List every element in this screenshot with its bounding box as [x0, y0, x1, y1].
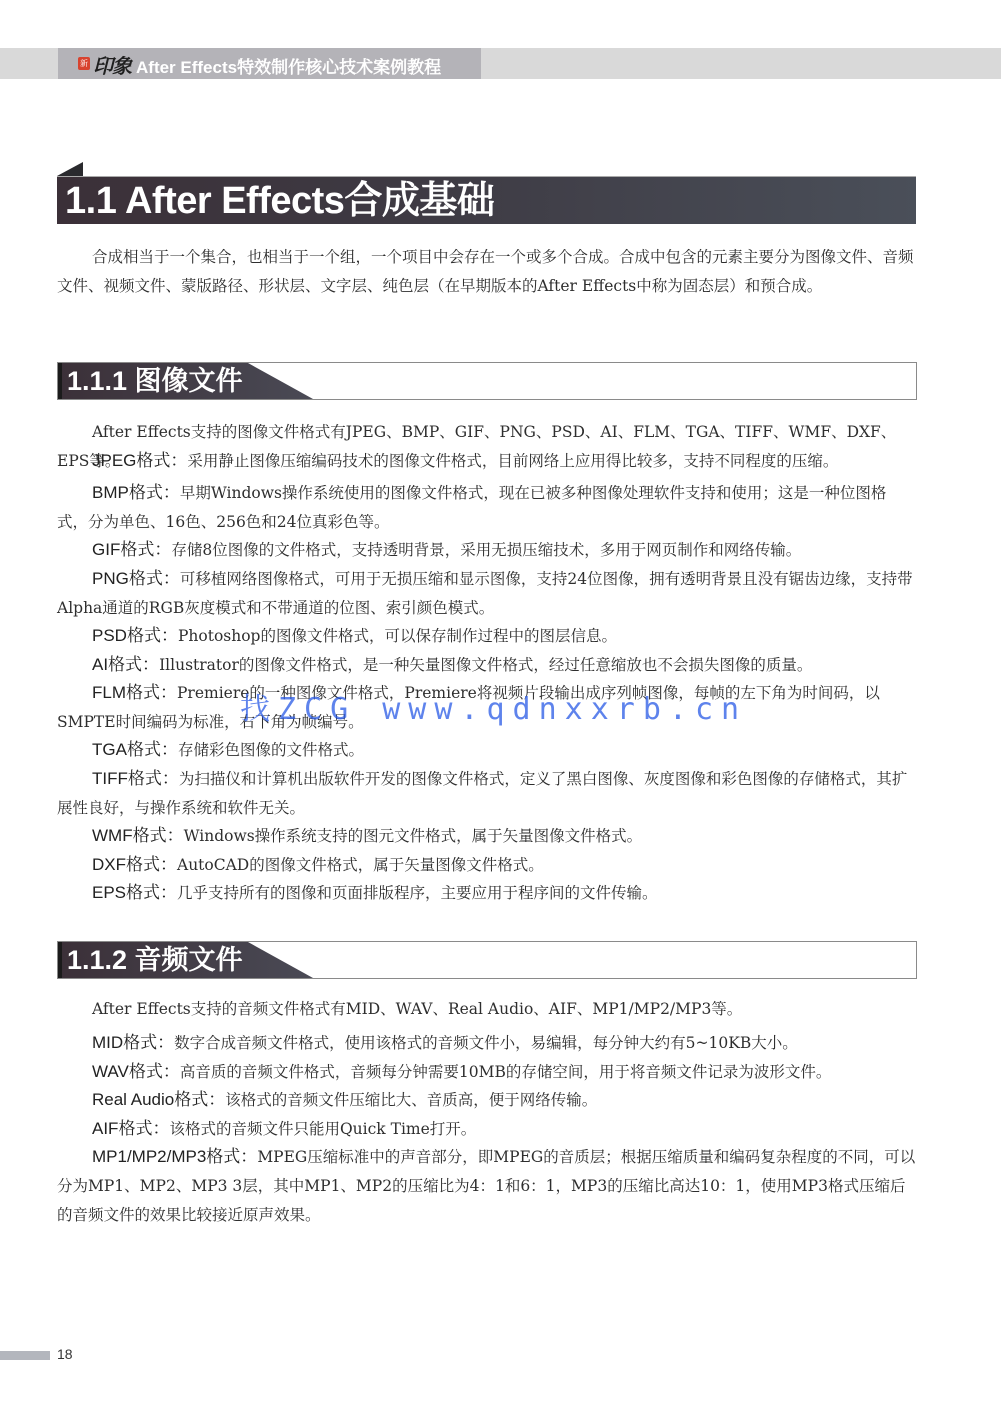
format-description: 高音质的音频文件格式，音频每分钟需要10MB的存储空间，用于将音频文件记录为波形…	[180, 1063, 832, 1081]
format-description: Illustrator的图像文件格式，是一种矢量图像文件格式，经过任意缩放也不会…	[159, 656, 812, 674]
section-heading-tab-decoration	[57, 162, 83, 176]
publisher-logo-badge: 新	[78, 57, 90, 70]
format-item-tiff: TIFF格式：为扫描仪和计算机出版软件开发的图像文件格式，定义了黑白图像、灰度图…	[57, 764, 917, 823]
audio-formats-intro-text: After Effects支持的音频文件格式有MID、WAV、Real Audi…	[92, 1000, 742, 1018]
publisher-logo-script: 印象	[93, 50, 131, 79]
format-term: PNG格式：	[92, 569, 180, 588]
running-header: 新 印象 After Effects特效制作核心技术案例教程	[0, 48, 1001, 79]
format-item-png: PNG格式：可移植网络图像格式，可用于无损压缩和显示图像，支持24位图像，拥有透…	[57, 564, 917, 623]
subsection-heading-accent-bar	[58, 942, 62, 978]
format-term: GIF格式：	[92, 540, 171, 559]
subsection-heading-banner-audio-files: 1.1.2 音频文件	[57, 941, 917, 979]
format-item-gif: GIF格式：存储8位图像的文件格式，支持透明背景，采用无损压缩技术，多用于网页制…	[57, 535, 917, 565]
format-item-flm: FLM格式：Premiere的一种图像文件格式，Premiere将视频片段输出成…	[57, 678, 917, 737]
format-description: 存储8位图像的文件格式，支持透明背景，采用无损压缩技术，多用于网页制作和网络传输…	[171, 541, 801, 559]
format-term: BMP格式：	[92, 483, 180, 502]
format-item-dxf: DXF格式：AutoCAD的图像文件格式，属于矢量图像文件格式。	[57, 850, 917, 880]
format-term: Real Audio格式：	[92, 1090, 225, 1109]
subsection-heading-banner-image-files: 1.1.1 图像文件	[57, 362, 917, 400]
format-item-bmp: BMP格式：早期Windows操作系统使用的图像文件格式，现在已被多种图像处理软…	[57, 478, 917, 537]
format-term: PSD格式：	[92, 626, 178, 645]
format-description: 该格式的音频文件压缩比大、音质高，便于网络传输。	[225, 1091, 597, 1109]
format-description: 早期Windows操作系统使用的图像文件格式，现在已被多种图像处理软件支持和使用…	[57, 484, 886, 531]
subsection-heading-accent-bar	[58, 363, 62, 399]
format-description: 为扫描仪和计算机出版软件开发的图像文件格式，定义了黑白图像、灰度图像和彩色图像的…	[57, 770, 907, 817]
section-heading: 1.1 After Effects合成基础	[65, 178, 494, 224]
format-term: JPEG格式：	[92, 451, 187, 470]
format-description: 该格式的音频文件只能用Quick Time打开。	[169, 1120, 476, 1138]
section-intro-paragraph: 合成相当于一个集合，也相当于一个组，一个项目中会存在一个或多个合成。合成中包含的…	[57, 243, 917, 301]
format-term: AIF格式：	[92, 1119, 169, 1138]
format-term: MP1/MP2/MP3格式：	[92, 1147, 257, 1166]
section-heading-banner: 1.1 After Effects合成基础	[57, 176, 916, 224]
footer-bar-decoration	[0, 1351, 50, 1360]
format-term: MID格式：	[92, 1033, 174, 1052]
format-description: 几乎支持所有的图像和页面排版程序，主要应用于程序间的文件传输。	[177, 884, 658, 902]
format-term: DXF格式：	[92, 855, 177, 874]
format-description: Windows操作系统支持的图元文件格式，属于矢量图像文件格式。	[184, 827, 643, 845]
format-term: TGA格式：	[92, 740, 178, 759]
page-number: 18	[57, 1346, 73, 1362]
format-item-mp3: MP1/MP2/MP3格式：MPEG压缩标准中的声音部分，即MPEG的音质层；根…	[57, 1142, 917, 1230]
subsection-heading: 1.1.1 图像文件	[67, 363, 243, 399]
format-term: AI格式：	[92, 655, 159, 674]
subsection-heading: 1.1.2 音频文件	[67, 942, 243, 978]
format-term: WAV格式：	[92, 1062, 180, 1081]
format-term: TIFF格式：	[92, 769, 179, 788]
format-item-jpeg: JPEG格式：采用静止图像压缩编码技术的图像文件格式，目前网络上应用得比较多，支…	[57, 446, 917, 476]
format-description: Premiere的一种图像文件格式，Premiere将视频片段输出成序列帧图像，…	[57, 684, 880, 731]
format-description: 数字合成音频文件格式，使用该格式的音频文件小，易编辑，每分钟大约有5~10KB大…	[174, 1034, 798, 1052]
format-description: Photoshop的图像文件格式，可以保存制作过程中的图层信息。	[178, 627, 617, 645]
running-header-title-block: 新 印象 After Effects特效制作核心技术案例教程	[58, 48, 481, 79]
format-item-psd: PSD格式：Photoshop的图像文件格式，可以保存制作过程中的图层信息。	[57, 621, 917, 651]
format-item-aif: AIF格式：该格式的音频文件只能用Quick Time打开。	[57, 1114, 917, 1144]
format-term: WMF格式：	[92, 826, 184, 845]
format-description: 存储彩色图像的文件格式。	[178, 741, 364, 759]
book-title: After Effects特效制作核心技术案例教程	[136, 53, 441, 78]
format-item-tga: TGA格式：存储彩色图像的文件格式。	[57, 735, 917, 765]
section-intro-text: 合成相当于一个集合，也相当于一个组，一个项目中会存在一个或多个合成。合成中包含的…	[57, 248, 914, 295]
format-term: EPS格式：	[92, 883, 177, 902]
format-item-real-audio: Real Audio格式：该格式的音频文件压缩比大、音质高，便于网络传输。	[57, 1085, 917, 1115]
format-description: 采用静止图像压缩编码技术的图像文件格式，目前网络上应用得比较多，支持不同程度的压…	[187, 452, 838, 470]
format-item-mid: MID格式：数字合成音频文件格式，使用该格式的音频文件小，易编辑，每分钟大约有5…	[57, 1028, 917, 1058]
audio-formats-intro: After Effects支持的音频文件格式有MID、WAV、Real Audi…	[57, 995, 917, 1024]
format-item-wav: WAV格式：高音质的音频文件格式，音频每分钟需要10MB的存储空间，用于将音频文…	[57, 1057, 917, 1087]
format-item-wmf: WMF格式：Windows操作系统支持的图元文件格式，属于矢量图像文件格式。	[57, 821, 917, 851]
format-term: FLM格式：	[92, 683, 177, 702]
format-item-ai: AI格式：Illustrator的图像文件格式，是一种矢量图像文件格式，经过任意…	[57, 650, 917, 680]
format-item-eps: EPS格式：几乎支持所有的图像和页面排版程序，主要应用于程序间的文件传输。	[57, 878, 917, 908]
format-description: 可移植网络图像格式，可用于无损压缩和显示图像，支持24位图像，拥有透明背景且没有…	[57, 570, 913, 617]
format-description: AutoCAD的图像文件格式，属于矢量图像文件格式。	[177, 856, 544, 874]
